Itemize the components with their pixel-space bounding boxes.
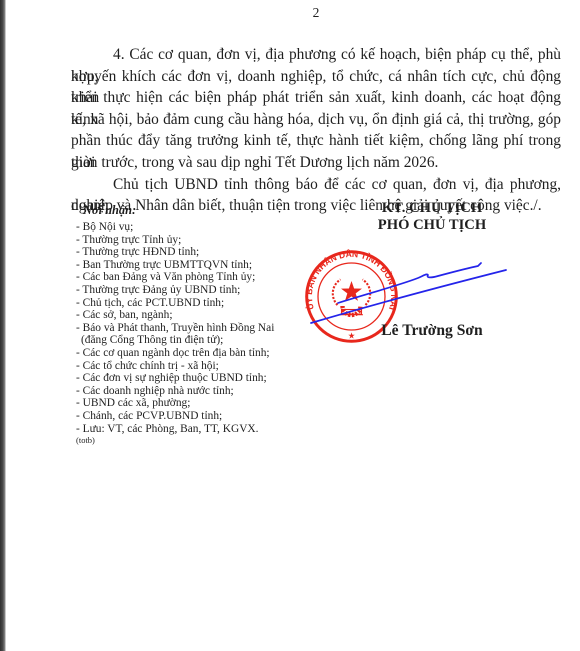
- recipient-item: - Thường trực Đảng ủy UBND tỉnh;: [76, 284, 326, 297]
- recipient-item: - Các đơn vị sự nghiệp thuộc UBND tỉnh;: [76, 372, 326, 385]
- recipients-block: Nơi nhận: - Bộ Nội vụ;- Thường trực Tỉnh…: [76, 203, 326, 446]
- recipient-item: (đăng Cổng Thông tin điện tử);: [76, 334, 326, 347]
- recipient-item: - Chủ tịch, các PCT.UBND tỉnh;: [76, 297, 326, 310]
- recipient-item: - Bộ Nội vụ;: [76, 221, 326, 234]
- paragraph-line: khuyến khích các đơn vị, doanh nghiệp, t…: [71, 66, 561, 88]
- recipient-item: - Các ban Đảng và Văn phòng Tỉnh ủy;: [76, 271, 326, 284]
- recipient-item: - Các cơ quan ngành dọc trên địa bàn tỉn…: [76, 347, 326, 360]
- paragraph-line: 4. Các cơ quan, đơn vị, địa phương có kế…: [71, 44, 561, 66]
- recipient-item: - Báo và Phát thanh, Truyền hình Đồng Na…: [76, 322, 326, 335]
- signature-title-block: KT. CHỦ TỊCH PHÓ CHỦ TỊCH: [345, 200, 519, 234]
- signature-title-line2: PHÓ CHỦ TỊCH: [345, 217, 519, 234]
- recipient-item: - Thường trực HĐND tỉnh;: [76, 246, 326, 259]
- recipients-note: (totb): [76, 435, 326, 446]
- recipients-title: Nơi nhận:: [76, 203, 326, 218]
- recipient-item: - Ban Thường trực UBMTTQVN tỉnh;: [76, 259, 326, 272]
- recipient-item: - Các doanh nghiệp nhà nước tỉnh;: [76, 385, 326, 398]
- recipient-item: - Chánh, các PCVP.UBND tỉnh;: [76, 410, 326, 423]
- paragraph-line: Chủ tịch UBND tỉnh thông báo để các cơ q…: [71, 174, 561, 196]
- paragraph-line: khai thực hiện các biện pháp phát triển …: [71, 87, 561, 109]
- document-page: 2 4. Các cơ quan, đơn vị, địa phương có …: [0, 0, 580, 651]
- body-paragraphs: 4. Các cơ quan, đơn vị, địa phương có kế…: [71, 44, 561, 217]
- paragraph-line: gian trước, trong và sau dịp nghỉ Tết Dư…: [71, 152, 561, 174]
- recipients-list: - Bộ Nội vụ;- Thường trực Tỉnh ủy;- Thườ…: [76, 221, 326, 435]
- scan-edge-highlight: [5, 0, 6, 651]
- recipient-item: - Thường trực Tỉnh ủy;: [76, 234, 326, 247]
- signer-name: Lê Trường Sơn: [345, 322, 519, 340]
- recipient-item: - Lưu: VT, các Phòng, Ban, TT, KGVX.: [76, 423, 326, 436]
- paragraph-line: tế, xã hội, bảo đảm cung cầu hàng hóa, d…: [71, 109, 561, 131]
- page-number: 2: [71, 5, 561, 21]
- paragraph-line: phần thúc đẩy tăng trưởng kinh tế, thực …: [71, 130, 561, 152]
- signature-title-line1: KT. CHỦ TỊCH: [345, 200, 519, 217]
- recipient-item: - Các tổ chức chính trị - xã hội;: [76, 360, 326, 373]
- recipient-item: - UBND các xã, phường;: [76, 397, 326, 410]
- recipient-item: - Các sở, ban, ngành;: [76, 309, 326, 322]
